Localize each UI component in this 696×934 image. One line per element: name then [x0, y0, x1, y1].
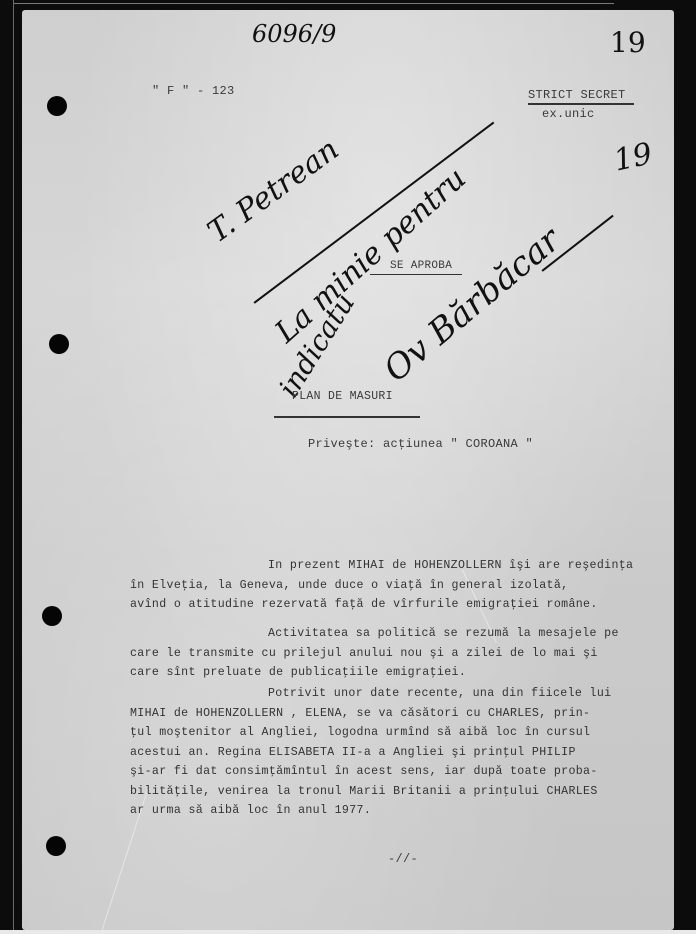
copy-note: ex.unic	[542, 107, 595, 121]
punch-hole	[47, 96, 67, 116]
scan-bottom-strip	[0, 930, 696, 934]
scan-edge-line-top	[14, 3, 614, 4]
approval-label: SE APROBA	[390, 260, 452, 272]
handwritten-page-number-second: 19	[611, 136, 656, 178]
punch-hole	[42, 606, 62, 626]
paragraph-residence: In prezent MIHAI de HOHENZOLLERN îşi are…	[130, 556, 670, 615]
page-continuation-mark: -//-	[388, 852, 418, 866]
paragraph-political-activity: Activitatea sa politică se rezumă la mes…	[130, 624, 670, 683]
document-title: PLAN DE MASURI	[292, 390, 393, 403]
punch-hole	[49, 334, 69, 354]
approval-underline	[370, 274, 462, 275]
title-underline	[274, 416, 420, 418]
document-page: 6096/9 19 " F " - 123 STRICT SECRET ex.u…	[22, 10, 674, 930]
handwritten-page-number: 19	[610, 26, 646, 59]
handwritten-file-number: 6096/9	[252, 20, 336, 48]
paragraph-engagement: Potrivit unor date recente, una din fiic…	[130, 684, 670, 821]
scan-edge-line	[13, 0, 14, 930]
document-subject: Priveşte: acţiunea " COROANA "	[308, 437, 533, 451]
classification-underline	[528, 103, 634, 105]
classification-label: STRICT SECRET	[528, 88, 626, 102]
document-reference: " F " - 123	[152, 84, 235, 98]
handwritten-name-note: T. Petrean	[201, 132, 345, 250]
punch-hole	[46, 836, 66, 856]
